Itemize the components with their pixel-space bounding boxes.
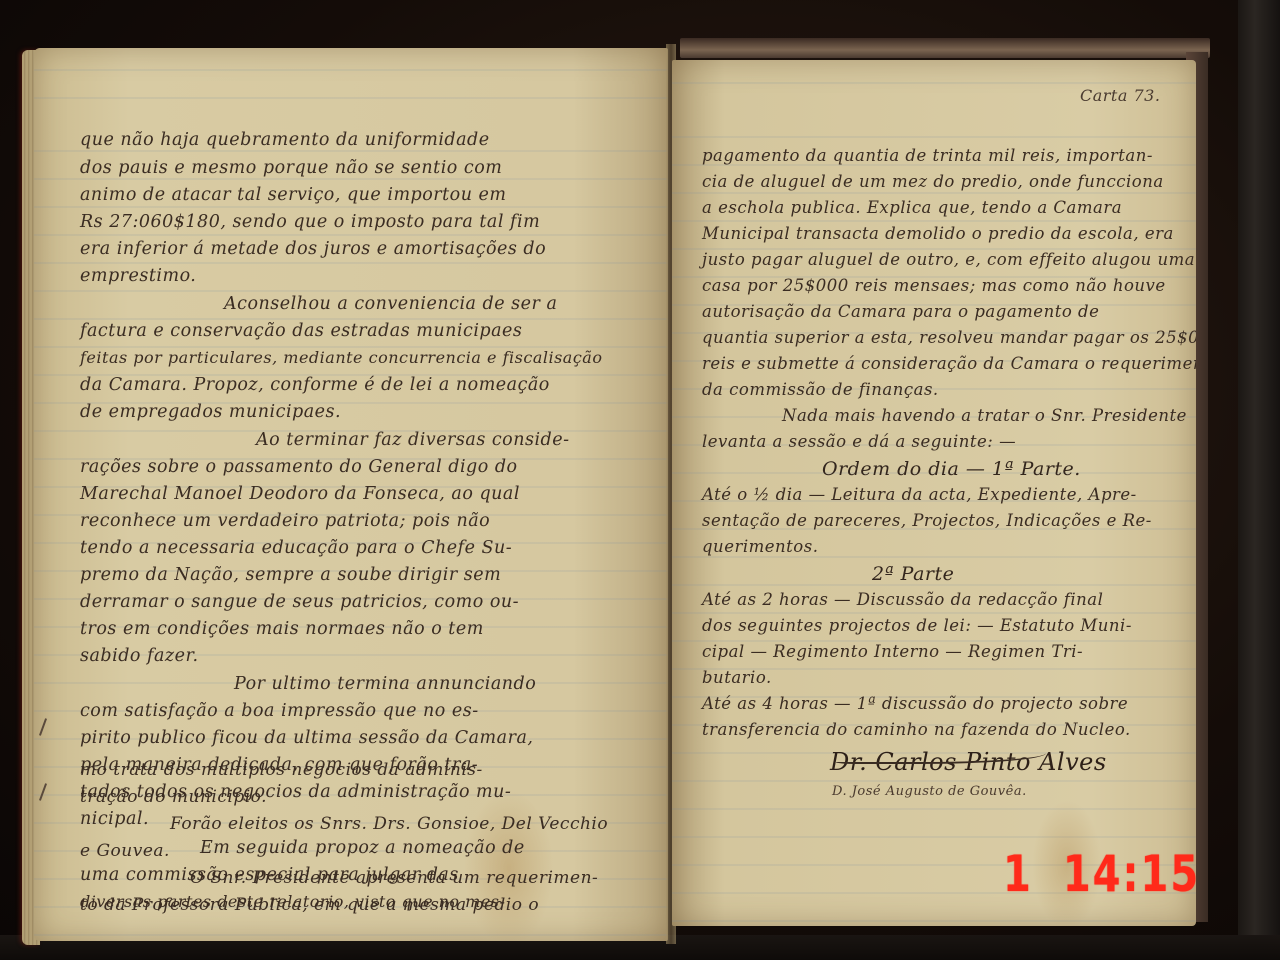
handwritten-line: Municipal transacta demolido o predio da…	[702, 224, 1174, 243]
handwritten-line: Aconselhou a conveniencia de ser a	[224, 294, 557, 314]
part-two-heading: 2ª Parte	[872, 563, 954, 585]
handwritten-line: Até as 4 horas — 1ª discussão do project…	[702, 694, 1128, 713]
handwritten-line: Até o ½ dia — Leitura da acta, Expedient…	[702, 485, 1137, 504]
handwritten-line: animo de atacar tal serviço, que importo…	[80, 185, 507, 205]
handwritten-line: querimentos.	[702, 537, 818, 556]
handwritten-line: Em seguida propoz a nomeação de	[200, 838, 525, 858]
handwritten-line: sentação de pareceres, Projectos, Indica…	[702, 511, 1152, 530]
handwritten-line: Ao terminar faz diversas conside-	[256, 430, 570, 450]
margin-mark	[39, 718, 47, 736]
handwritten-line: transferencia do caminho na fazenda do N…	[702, 720, 1131, 739]
handwritten-line: quantia superior a esta, resolveu mandar…	[702, 328, 1196, 347]
timestamp-prefix: 1	[1003, 846, 1033, 904]
handwritten-line: casa por 25$000 reis mensaes; mas como n…	[702, 276, 1166, 295]
handwritten-line: autorisação da Camara para o pagamento d…	[702, 302, 1099, 321]
signature-secretary: D. José Augusto de Gouvêa.	[832, 784, 1027, 799]
handwritten-line: da Camara. Propoz, conforme é de lei a n…	[80, 375, 550, 395]
handwritten-line: com satisfação a boa impressão que no es…	[80, 701, 479, 721]
handwritten-line: butario.	[702, 668, 772, 687]
handwritten-line: de empregados municipaes.	[80, 402, 341, 422]
handwritten-line: tração do municipio.	[80, 787, 267, 807]
handwritten-line: que não haja quebramento da uniformidade	[80, 130, 490, 150]
handwritten-line: levanta a sessão e dá a seguinte: —	[702, 432, 1016, 451]
page-number: Carta 73.	[1080, 86, 1160, 105]
left-page: que não haja quebramento da uniformidade…	[34, 48, 668, 941]
handwritten-line: reconhece um verdadeiro patriota; pois n…	[80, 511, 490, 531]
handwritten-line: Por ultimo termina annunciando	[234, 674, 536, 694]
handwritten-line: nicipal.	[80, 809, 149, 829]
right-page: Carta 73. pagamento da quantia de trinta…	[672, 60, 1196, 926]
handwritten-line: mo trata dos multiplos negocios da admin…	[80, 760, 483, 780]
handwritten-line: era inferior á metade dos juros e amorti…	[80, 239, 546, 259]
handwritten-line: reis e submette á consideração da Camara…	[702, 354, 1196, 373]
camera-timestamp-overlay: 114:15	[1003, 846, 1200, 904]
handwritten-line: pirito publico ficou da ultima sessão da…	[80, 728, 533, 748]
handwritten-line: Rs 27:060$180, sendo que o imposto para …	[80, 212, 540, 232]
handwritten-line: premo da Nação, sempre a soube dirigir s…	[80, 565, 501, 585]
timestamp-time: 14:15	[1063, 846, 1200, 904]
handwritten-line: cia de aluguel de um mez do predio, onde…	[702, 172, 1164, 191]
handwritten-line: dos pauis e mesmo porque não se sentio c…	[80, 158, 502, 178]
handwritten-line: tros em condições mais normaes não o tem	[80, 619, 484, 639]
handwritten-line: Até as 2 horas — Discussão da redacção f…	[702, 590, 1103, 609]
handwritten-line: Marechal Manoel Deodoro da Fonseca, ao q…	[80, 484, 520, 504]
handwritten-line: da commissão de finanças.	[702, 380, 939, 399]
book-cover-edge-top	[680, 38, 1210, 58]
handwritten-line: e Gouvea.	[80, 841, 170, 861]
handwritten-line: sabido fazer.	[80, 646, 199, 666]
handwritten-line: to da Professora Publica, em que a mesma…	[80, 895, 539, 915]
handwritten-line: Forão eleitos os Snrs. Drs. Gonsioe, Del…	[170, 814, 608, 834]
handwritten-line: Nada mais havendo a tratar o Snr. Presid…	[782, 406, 1187, 425]
handwritten-line: feitas por particulares, mediante concur…	[80, 348, 602, 367]
handwritten-line: tendo a necessaria educação para o Chefe…	[80, 538, 512, 558]
handwritten-line: derramar o sangue de seus patricios, com…	[80, 592, 519, 612]
display-case-frame	[1238, 0, 1280, 960]
handwritten-line: factura e conservação das estradas munic…	[80, 321, 522, 341]
handwritten-line: justo pagar aluguel de outro, e, com eff…	[702, 250, 1195, 269]
handwritten-line: dos seguintes projectos de lei: — Estatu…	[702, 616, 1132, 635]
handwritten-line: cipal — Regimento Interno — Regimen Tri-	[702, 642, 1083, 661]
handwritten-line: emprestimo.	[80, 266, 196, 286]
handwritten-line: rações sobre o passamento do General dig…	[80, 457, 518, 477]
handwritten-line: O Snr. Presidente apresenta um requerime…	[190, 868, 598, 888]
handwritten-line: pagamento da quantia de trinta mil reis,…	[702, 146, 1153, 165]
order-of-day-heading: Ordem do dia — 1ª Parte.	[822, 458, 1081, 480]
margin-mark	[39, 783, 47, 801]
handwritten-line: a eschola publica. Explica que, tendo a …	[702, 198, 1122, 217]
water-stain	[464, 788, 554, 941]
